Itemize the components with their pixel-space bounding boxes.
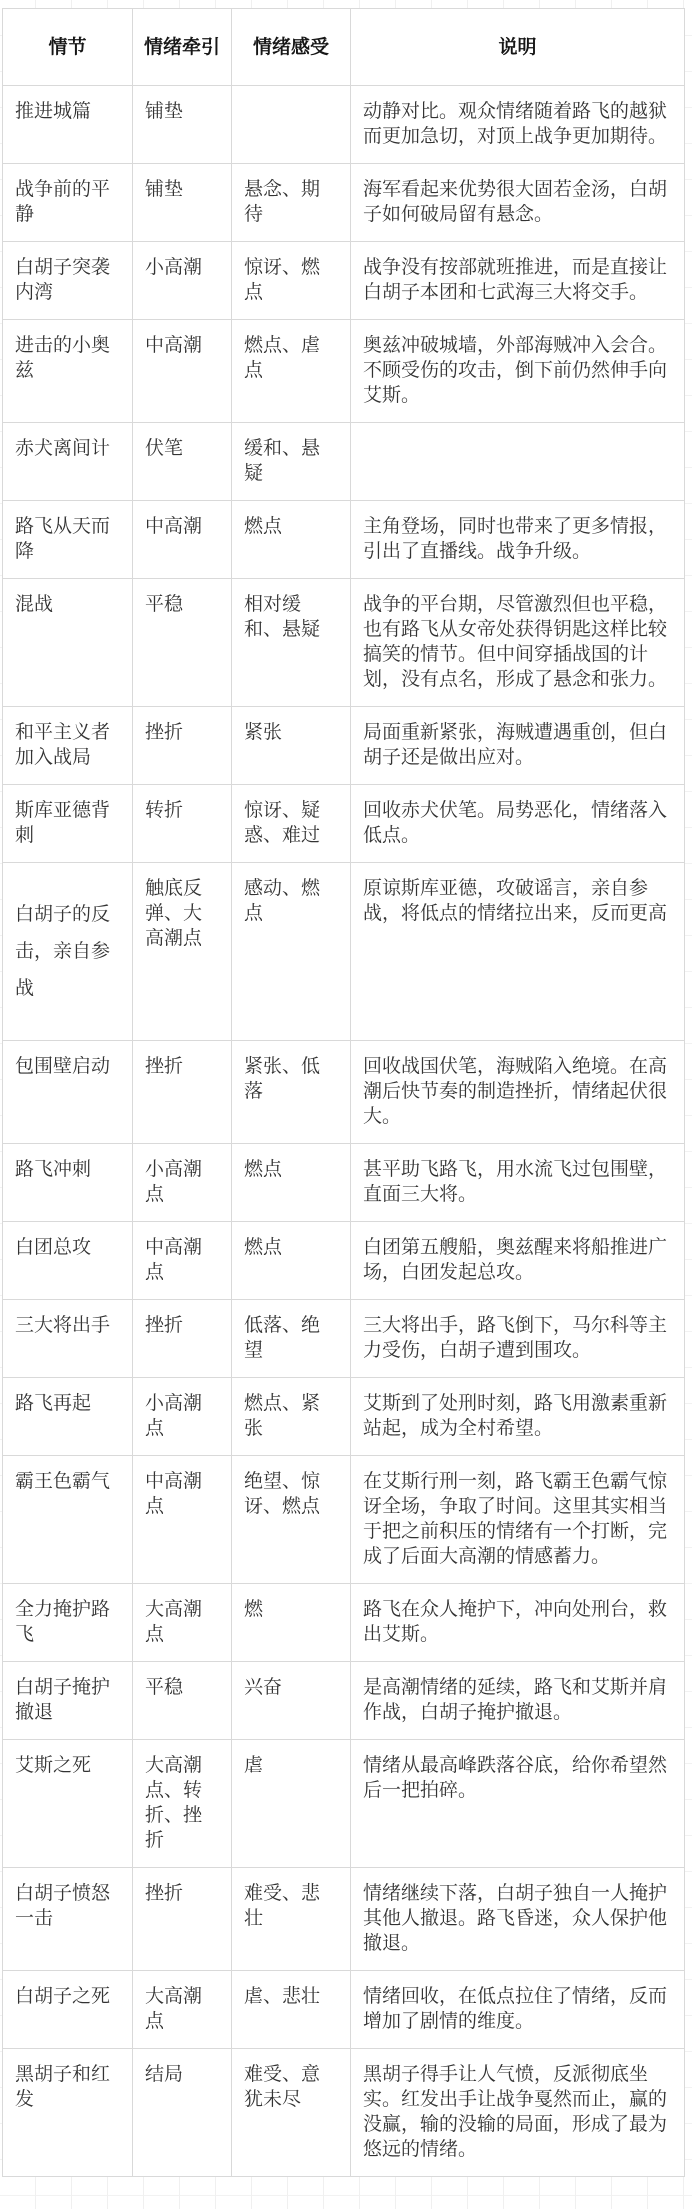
feel-cell: 燃点、虐点 xyxy=(232,320,351,423)
pull-cell: 铺垫 xyxy=(133,86,232,164)
column-header-pull: 情绪牵引 xyxy=(133,9,232,86)
table-row: 黑胡子和红发结局难受、意犹未尽黑胡子得手让人气愤，反派彻底坐实。红发出手让战争戛… xyxy=(3,2049,685,2177)
table-row: 进击的小奥兹中高潮燃点、虐点奥兹冲破城墙，外部海贼冲入会合。不顾受伤的攻击，倒下… xyxy=(3,320,685,423)
table-row: 路飞冲刺小高潮点燃点甚平助飞路飞，用水流飞过包围壁，直面三大将。 xyxy=(3,1144,685,1222)
feel-cell: 低落、绝望 xyxy=(232,1300,351,1378)
plot-cell: 白胡子突袭内湾 xyxy=(3,242,133,320)
pull-cell: 中高潮点 xyxy=(133,1222,232,1300)
feel-cell: 悬念、期待 xyxy=(232,164,351,242)
note-cell: 是高潮情绪的延续，路飞和艾斯并肩作战，白胡子掩护撤退。 xyxy=(351,1662,685,1740)
pull-cell: 大高潮点 xyxy=(133,1971,232,2049)
feel-cell: 缓和、悬疑 xyxy=(232,423,351,501)
feel-cell: 惊讶、疑惑、难过 xyxy=(232,785,351,863)
pull-cell: 挫折 xyxy=(133,1041,232,1144)
plot-cell: 混战 xyxy=(3,579,133,707)
feel-cell: 燃点、紧张 xyxy=(232,1378,351,1456)
pull-cell: 大高潮点、转折、挫折 xyxy=(133,1740,232,1868)
feel-cell: 虐 xyxy=(232,1740,351,1868)
table-row: 白团总攻中高潮点燃点白团第五艘船，奥兹醒来将船推进广场，白团发起总攻。 xyxy=(3,1222,685,1300)
plot-cell: 霸王色霸气 xyxy=(3,1456,133,1584)
feel-cell: 兴奋 xyxy=(232,1662,351,1740)
table-row: 霸王色霸气中高潮点绝望、惊讶、燃点在艾斯行刑一刻，路飞霸王色霸气惊讶全场，争取了… xyxy=(3,1456,685,1584)
header-row: 情节情绪牵引情绪感受说明 xyxy=(3,9,685,86)
plot-cell: 黑胡子和红发 xyxy=(3,2049,133,2177)
pull-cell: 挫折 xyxy=(133,1300,232,1378)
feel-cell: 难受、意犹未尽 xyxy=(232,2049,351,2177)
plot-cell: 斯库亚德背刺 xyxy=(3,785,133,863)
note-cell: 甚平助飞路飞，用水流飞过包围壁，直面三大将。 xyxy=(351,1144,685,1222)
plot-cell: 推进城篇 xyxy=(3,86,133,164)
feel-cell: 紧张 xyxy=(232,707,351,785)
note-cell: 路飞在众人掩护下，冲向处刑台，救出艾斯。 xyxy=(351,1584,685,1662)
plot-cell: 白胡子之死 xyxy=(3,1971,133,2049)
table-header: 情节情绪牵引情绪感受说明 xyxy=(3,9,685,86)
pull-cell: 平稳 xyxy=(133,579,232,707)
pull-cell: 触底反弹、大高潮点 xyxy=(133,863,232,1041)
plot-cell: 艾斯之死 xyxy=(3,1740,133,1868)
note-cell: 黑胡子得手让人气愤，反派彻底坐实。红发出手让战争戛然而止，赢的没赢，输的没输的局… xyxy=(351,2049,685,2177)
table-row: 白胡子突袭内湾小高潮惊讶、燃点战争没有按部就班推进，而是直接让白胡子本团和七武海… xyxy=(3,242,685,320)
pull-cell: 小高潮 xyxy=(133,242,232,320)
plot-cell: 和平主义者加入战局 xyxy=(3,707,133,785)
feel-cell: 相对缓和、悬疑 xyxy=(232,579,351,707)
note-cell: 情绪回收，在低点拉住了情绪，反而增加了剧情的维度。 xyxy=(351,1971,685,2049)
note-cell: 回收赤犬伏笔。局势恶化，情绪落入低点。 xyxy=(351,785,685,863)
feel-cell: 绝望、惊讶、燃点 xyxy=(232,1456,351,1584)
note-cell: 原谅斯库亚德，攻破谣言，亲自参战，将低点的情绪拉出来，反而更高 xyxy=(351,863,685,1041)
table-row: 白胡子掩护撤退平稳兴奋是高潮情绪的延续，路飞和艾斯并肩作战，白胡子掩护撤退。 xyxy=(3,1662,685,1740)
plot-cell: 白胡子的反击，亲自参战 xyxy=(3,863,133,1041)
feel-cell: 难受、悲壮 xyxy=(232,1868,351,1971)
note-cell: 局面重新紧张，海贼遭遇重创，但白胡子还是做出应对。 xyxy=(351,707,685,785)
feel-cell: 燃 xyxy=(232,1584,351,1662)
table-row: 斯库亚德背刺转折惊讶、疑惑、难过回收赤犬伏笔。局势恶化，情绪落入低点。 xyxy=(3,785,685,863)
pull-cell: 挫折 xyxy=(133,1868,232,1971)
note-cell: 奥兹冲破城墙，外部海贼冲入会合。不顾受伤的攻击，倒下前仍然伸手向艾斯。 xyxy=(351,320,685,423)
note-cell: 在艾斯行刑一刻，路飞霸王色霸气惊讶全场，争取了时间。这里其实相当于把之前积压的情… xyxy=(351,1456,685,1584)
table-row: 路飞再起小高潮点燃点、紧张艾斯到了处刑时刻，路飞用激素重新站起，成为全村希望。 xyxy=(3,1378,685,1456)
note-cell: 情绪从最高峰跌落谷底，给你希望然后一把拍碎。 xyxy=(351,1740,685,1868)
table-row: 和平主义者加入战局挫折紧张局面重新紧张，海贼遭遇重创，但白胡子还是做出应对。 xyxy=(3,707,685,785)
table-row: 混战平稳相对缓和、悬疑战争的平台期，尽管激烈但也平稳，也有路飞从女帝处获得钥匙这… xyxy=(3,579,685,707)
note-cell xyxy=(351,423,685,501)
table-row: 路飞从天而降中高潮燃点主角登场，同时也带来了更多情报，引出了直播线。战争升级。 xyxy=(3,501,685,579)
note-cell: 主角登场，同时也带来了更多情报，引出了直播线。战争升级。 xyxy=(351,501,685,579)
note-cell: 海军看起来优势很大固若金汤，白胡子如何破局留有悬念。 xyxy=(351,164,685,242)
plot-cell: 白胡子掩护撤退 xyxy=(3,1662,133,1740)
pull-cell: 中高潮 xyxy=(133,501,232,579)
pull-cell: 小高潮点 xyxy=(133,1144,232,1222)
plot-cell: 白团总攻 xyxy=(3,1222,133,1300)
pull-cell: 转折 xyxy=(133,785,232,863)
pull-cell: 大高潮点 xyxy=(133,1584,232,1662)
plot-cell: 赤犬离间计 xyxy=(3,423,133,501)
note-cell: 动静对比。观众情绪随着路飞的越狱而更加急切，对顶上战争更加期待。 xyxy=(351,86,685,164)
plot-cell: 路飞再起 xyxy=(3,1378,133,1456)
plot-cell: 战争前的平静 xyxy=(3,164,133,242)
feel-cell: 感动、燃点 xyxy=(232,863,351,1041)
table-row: 艾斯之死大高潮点、转折、挫折虐情绪从最高峰跌落谷底，给你希望然后一把拍碎。 xyxy=(3,1740,685,1868)
pull-cell: 铺垫 xyxy=(133,164,232,242)
feel-cell: 燃点 xyxy=(232,501,351,579)
pull-cell: 小高潮点 xyxy=(133,1378,232,1456)
table-row: 白胡子之死大高潮点虐、悲壮情绪回收，在低点拉住了情绪，反而增加了剧情的维度。 xyxy=(3,1971,685,2049)
plot-cell: 路飞冲刺 xyxy=(3,1144,133,1222)
plot-cell: 进击的小奥兹 xyxy=(3,320,133,423)
emotion-analysis-table: 情节情绪牵引情绪感受说明 推进城篇铺垫动静对比。观众情绪随着路飞的越狱而更加急切… xyxy=(2,8,685,2177)
table-body: 推进城篇铺垫动静对比。观众情绪随着路飞的越狱而更加急切，对顶上战争更加期待。战争… xyxy=(3,86,685,2177)
table-row: 战争前的平静铺垫悬念、期待海军看起来优势很大固若金汤，白胡子如何破局留有悬念。 xyxy=(3,164,685,242)
column-header-feel: 情绪感受 xyxy=(232,9,351,86)
pull-cell: 挫折 xyxy=(133,707,232,785)
note-cell: 战争的平台期，尽管激烈但也平稳，也有路飞从女帝处获得钥匙这样比较搞笑的情节。但中… xyxy=(351,579,685,707)
feel-cell: 燃点 xyxy=(232,1144,351,1222)
column-header-plot: 情节 xyxy=(3,9,133,86)
pull-cell: 平稳 xyxy=(133,1662,232,1740)
feel-cell: 紧张、低落 xyxy=(232,1041,351,1144)
pull-cell: 中高潮点 xyxy=(133,1456,232,1584)
table-row: 包围壁启动挫折紧张、低落回收战国伏笔，海贼陷入绝境。在高潮后快节奏的制造挫折，情… xyxy=(3,1041,685,1144)
note-cell: 三大将出手，路飞倒下，马尔科等主力受伤，白胡子遭到围攻。 xyxy=(351,1300,685,1378)
note-cell: 回收战国伏笔，海贼陷入绝境。在高潮后快节奏的制造挫折，情绪起伏很大。 xyxy=(351,1041,685,1144)
pull-cell: 结局 xyxy=(133,2049,232,2177)
feel-cell xyxy=(232,86,351,164)
column-header-note: 说明 xyxy=(351,9,685,86)
plot-cell: 包围壁启动 xyxy=(3,1041,133,1144)
table-row: 赤犬离间计伏笔缓和、悬疑 xyxy=(3,423,685,501)
table-row: 三大将出手挫折低落、绝望三大将出手，路飞倒下，马尔科等主力受伤，白胡子遭到围攻。 xyxy=(3,1300,685,1378)
note-cell: 艾斯到了处刑时刻，路飞用激素重新站起，成为全村希望。 xyxy=(351,1378,685,1456)
table-row: 推进城篇铺垫动静对比。观众情绪随着路飞的越狱而更加急切，对顶上战争更加期待。 xyxy=(3,86,685,164)
feel-cell: 虐、悲壮 xyxy=(232,1971,351,2049)
note-cell: 战争没有按部就班推进，而是直接让白胡子本团和七武海三大将交手。 xyxy=(351,242,685,320)
pull-cell: 伏笔 xyxy=(133,423,232,501)
feel-cell: 惊讶、燃点 xyxy=(232,242,351,320)
table-row: 白胡子愤怒一击挫折难受、悲壮情绪继续下落，白胡子独自一人掩护其他人撤退。路飞昏迷… xyxy=(3,1868,685,1971)
table-row: 白胡子的反击，亲自参战触底反弹、大高潮点感动、燃点原谅斯库亚德，攻破谣言，亲自参… xyxy=(3,863,685,1041)
plot-cell: 白胡子愤怒一击 xyxy=(3,1868,133,1971)
plot-cell: 全力掩护路飞 xyxy=(3,1584,133,1662)
pull-cell: 中高潮 xyxy=(133,320,232,423)
table-row: 全力掩护路飞大高潮点燃路飞在众人掩护下，冲向处刑台，救出艾斯。 xyxy=(3,1584,685,1662)
plot-cell: 三大将出手 xyxy=(3,1300,133,1378)
feel-cell: 燃点 xyxy=(232,1222,351,1300)
note-cell: 白团第五艘船，奥兹醒来将船推进广场，白团发起总攻。 xyxy=(351,1222,685,1300)
note-cell: 情绪继续下落，白胡子独自一人掩护其他人撤退。路飞昏迷，众人保护他撤退。 xyxy=(351,1868,685,1971)
plot-cell: 路飞从天而降 xyxy=(3,501,133,579)
